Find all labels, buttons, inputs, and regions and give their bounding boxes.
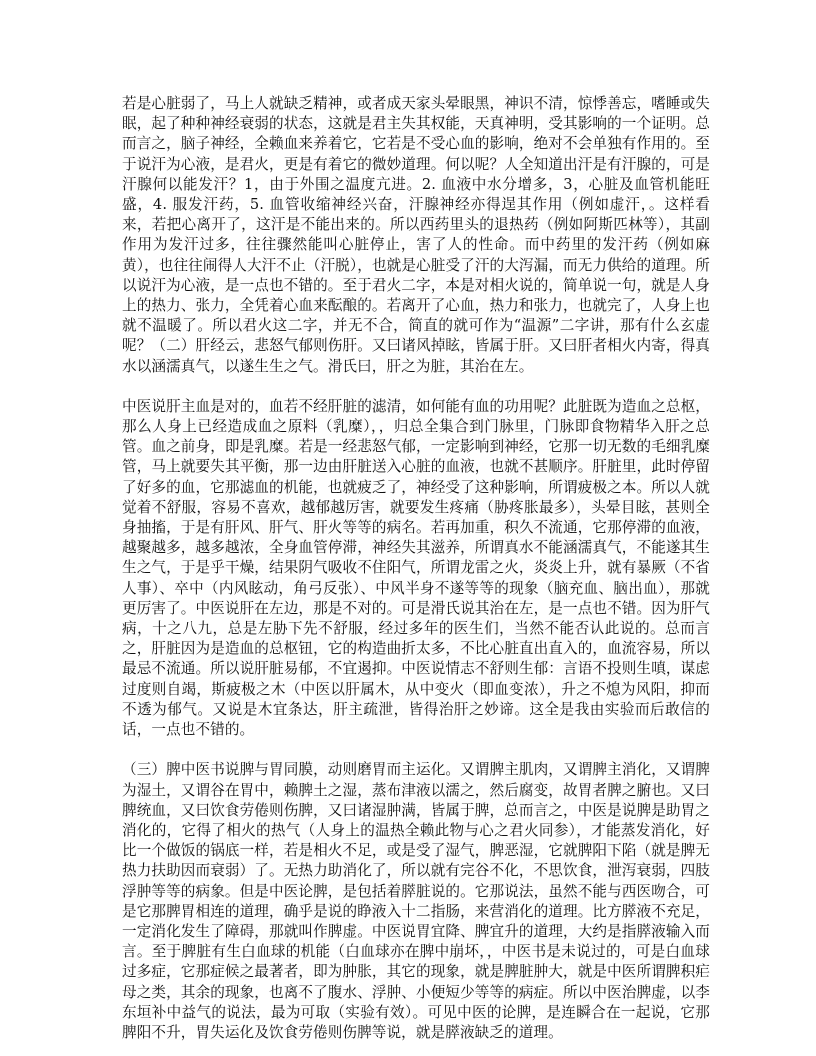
paragraph-spleen: （三）脾中医书说脾与胃同膜，动则磨胃而主运化。又谓脾主肌肉，又谓脾主消化，又谓脾… <box>122 760 710 1043</box>
paragraph-liver: 中医说肝主血是对的，血若不经肝脏的滤清，如何能有血的功用呢？此脏既为造血之总枢，… <box>122 397 710 740</box>
paragraph-heart-and-sweat: 若是心脏弱了，马上人就缺乏精神，或者成天家头晕眼黑，神识不清，惊悸善忘，嗜睡或失… <box>122 94 710 377</box>
document-page: 若是心脏弱了，马上人就缺乏精神，或者成天家头晕眼黑，神识不清，惊悸善忘，嗜睡或失… <box>122 94 710 1056</box>
